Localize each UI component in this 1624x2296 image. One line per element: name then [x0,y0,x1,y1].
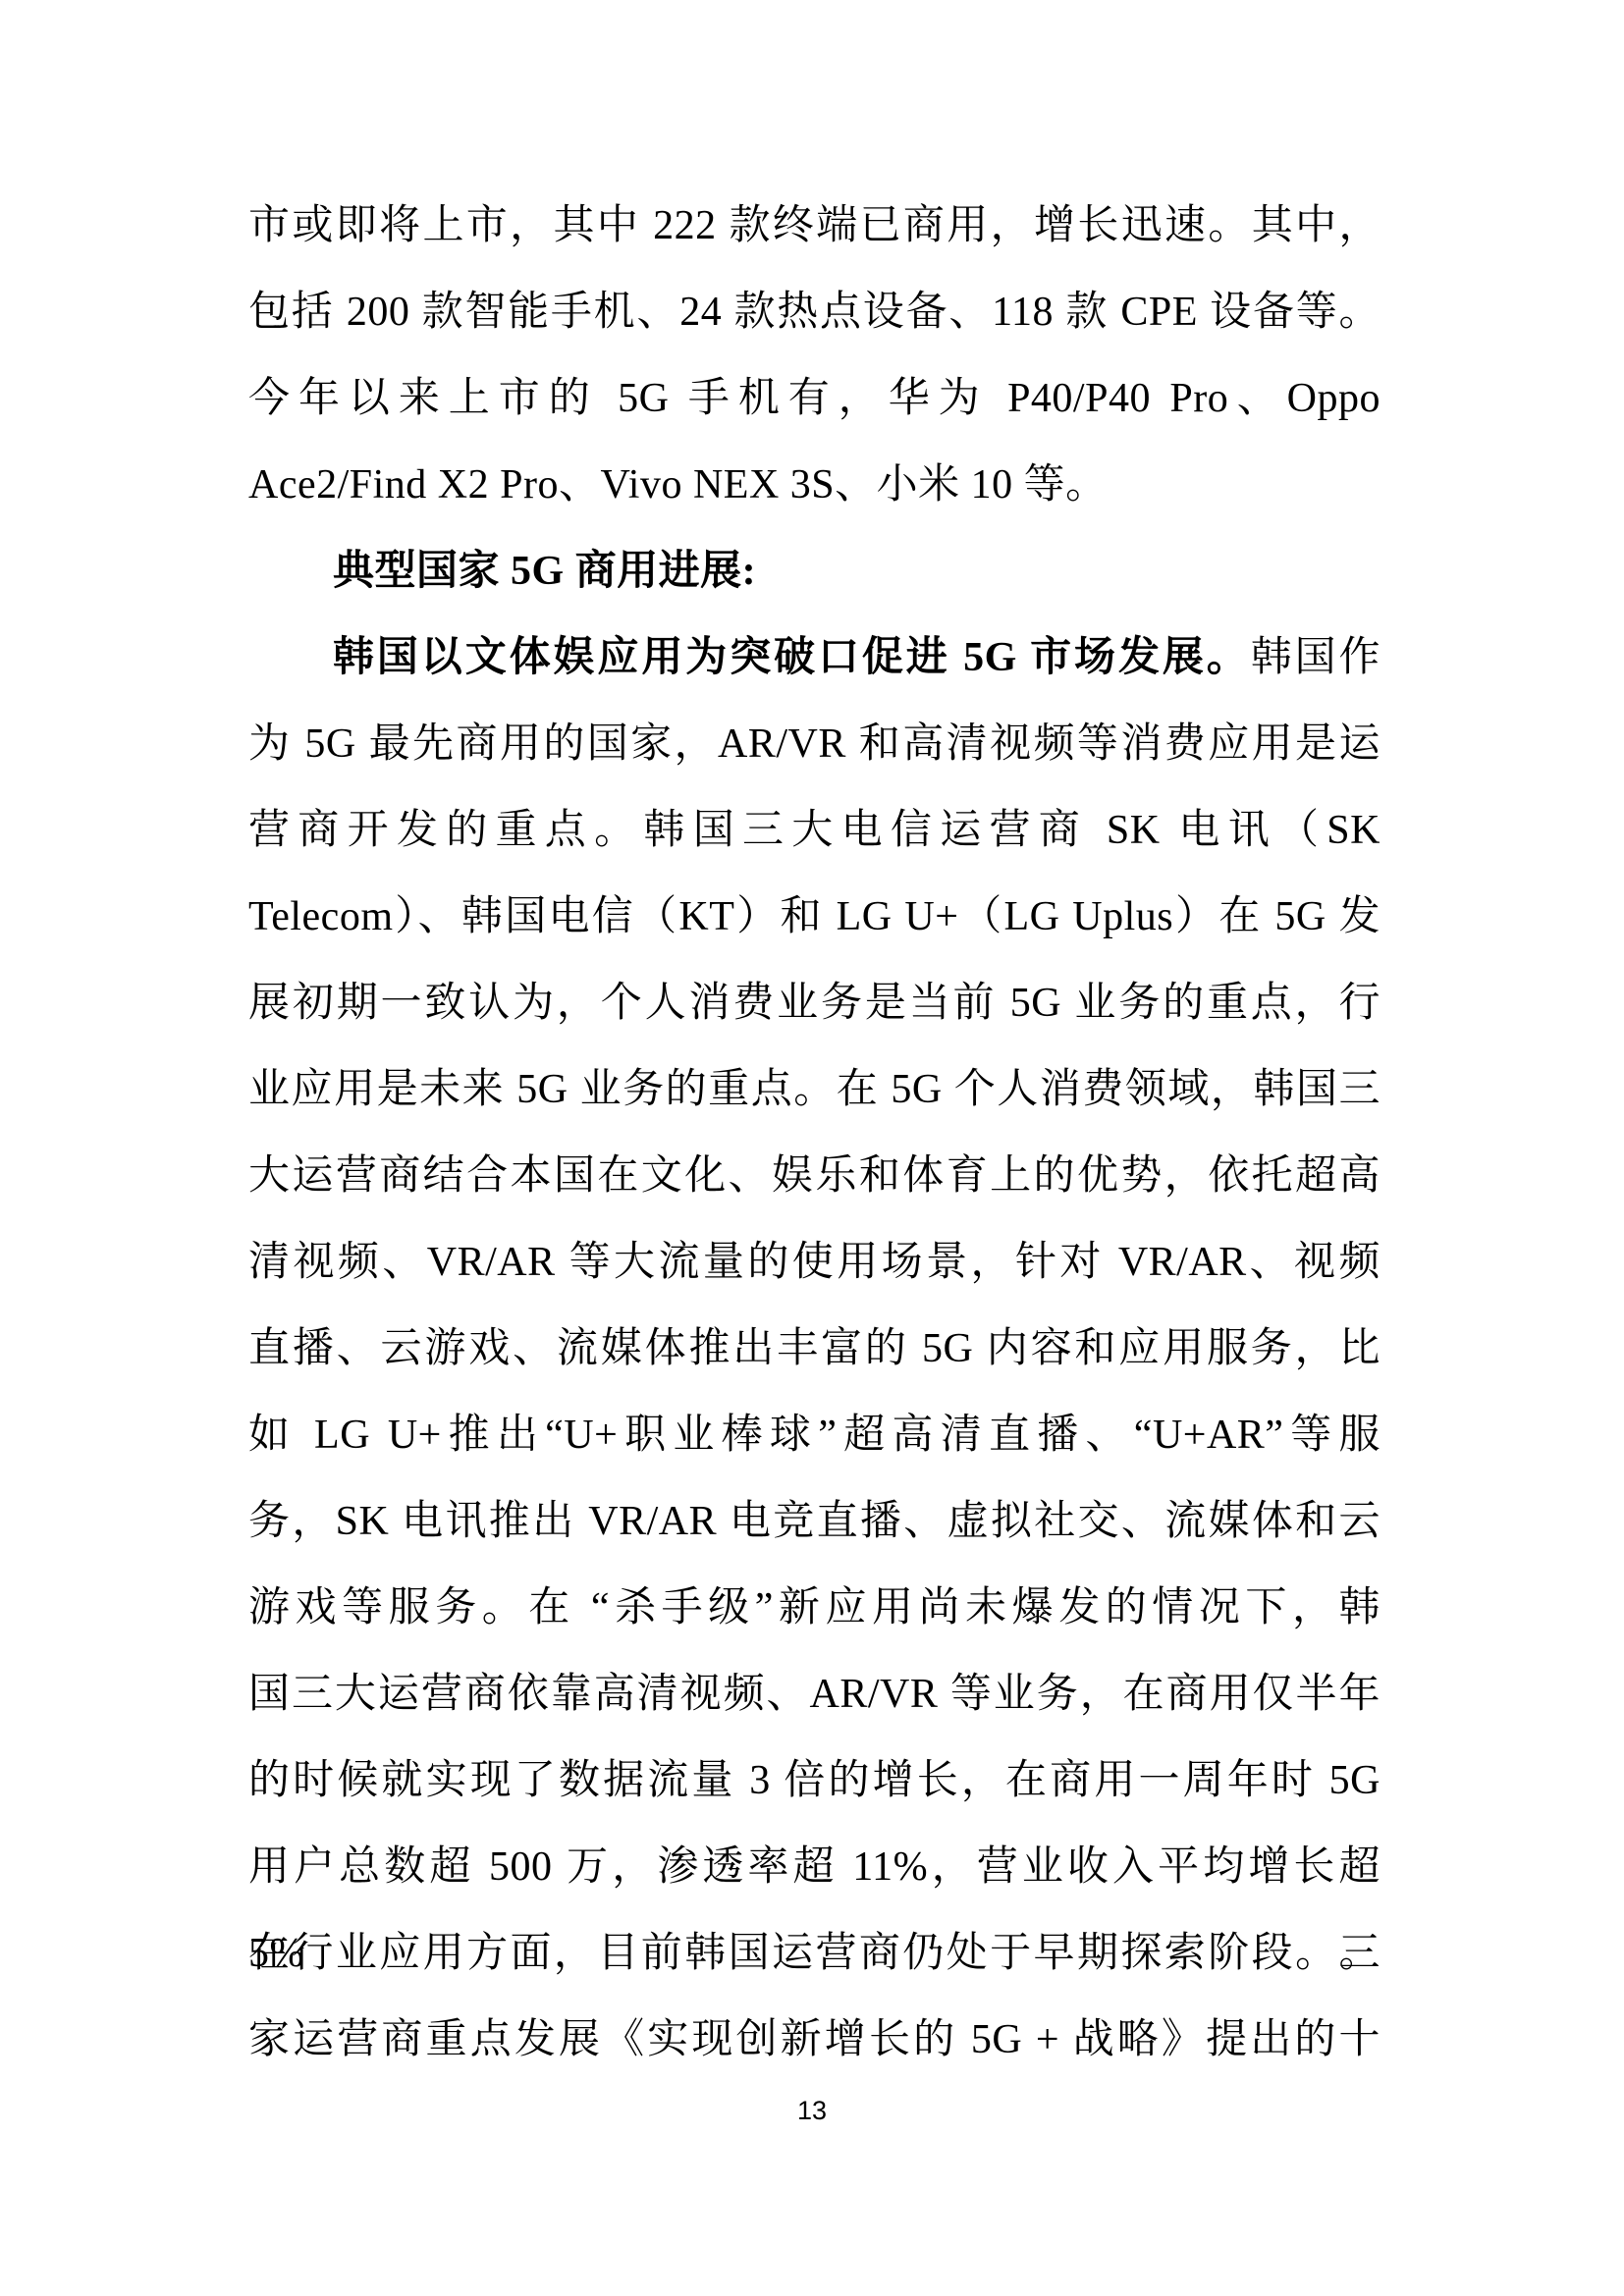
text-line: 家运营商重点发展《实现创新增长的 5G + 战略》提出的十 [248,1997,1380,2083]
document-page: 市或即将上市，其中 222 款终端已商用，增长迅速。其中， 包括 200 款智能… [0,0,1624,2296]
text-line: 如 LG U+推出“U+职业棒球”超高清直播、“U+AR”等服 [248,1392,1380,1478]
text-line: 为 5G 最先商用的国家，AR/VR 和高清视频等消费应用是运 [248,701,1380,787]
paragraph-lead-rest: 韩国作 [1251,635,1380,680]
text-line: Telecom）、韩国电信（KT）和 LG U+（LG Uplus）在 5G 发 [248,874,1380,960]
text-line: Ace2/Find X2 Pro、Vivo NEX 3S、小米 10 等。 [248,442,1380,528]
text-column: 市或即将上市，其中 222 款终端已商用，增长迅速。其中， 包括 200 款智能… [248,183,1380,2083]
text-line: 务，SK 电讯推出 VR/AR 电竞直播、虚拟社交、流媒体和云 [248,1478,1380,1565]
text-line: 大运营商结合本国在文化、娱乐和体育上的优势，依托超高 [248,1133,1380,1219]
text-line: 清视频、VR/AR 等大流量的使用场景，针对 VR/AR、视频 [248,1219,1380,1306]
text-line: 业应用是未来 5G 业务的重点。在 5G 个人消费领域，韩国三 [248,1046,1380,1133]
text-line: 用户总数超 500 万，渗透率超 11%，营业收入平均增长超 5%。 [248,1824,1380,1910]
text-line: 韩国以文体娱应用为突破口促进 5G 市场发展。韩国作 [248,614,1380,701]
paragraph-lead-bold: 韩国以文体娱应用为突破口促进 5G 市场发展。 [333,635,1251,680]
page-number: 13 [0,2095,1624,2126]
text-line: 包括 200 款智能手机、24 款热点设备、118 款 CPE 设备等。 [248,269,1380,355]
text-line: 国三大运营商依靠高清视频、AR/VR 等业务，在商用仅半年 [248,1651,1380,1737]
text-line: 直播、云游戏、流媒体推出丰富的 5G 内容和应用服务，比 [248,1306,1380,1392]
text-line: 在行业应用方面，目前韩国运营商仍处于早期探索阶段。三 [248,1910,1380,1997]
section-heading: 典型国家 5G 商用进展: [248,528,1380,614]
text-line: 的时候就实现了数据流量 3 倍的增长，在商用一周年时 5G [248,1737,1380,1824]
text-line: 游戏等服务。在 “杀手级”新应用尚未爆发的情况下，韩 [248,1565,1380,1651]
text-line: 市或即将上市，其中 222 款终端已商用，增长迅速。其中， [248,183,1380,269]
text-line: 展初期一致认为，个人消费业务是当前 5G 业务的重点，行 [248,960,1380,1046]
text-line: 营商开发的重点。韩国三大电信运营商 SK 电讯（SK [248,787,1380,874]
text-line: 今年以来上市的 5G 手机有，华为 P40/P40 Pro、Oppo [248,355,1380,442]
